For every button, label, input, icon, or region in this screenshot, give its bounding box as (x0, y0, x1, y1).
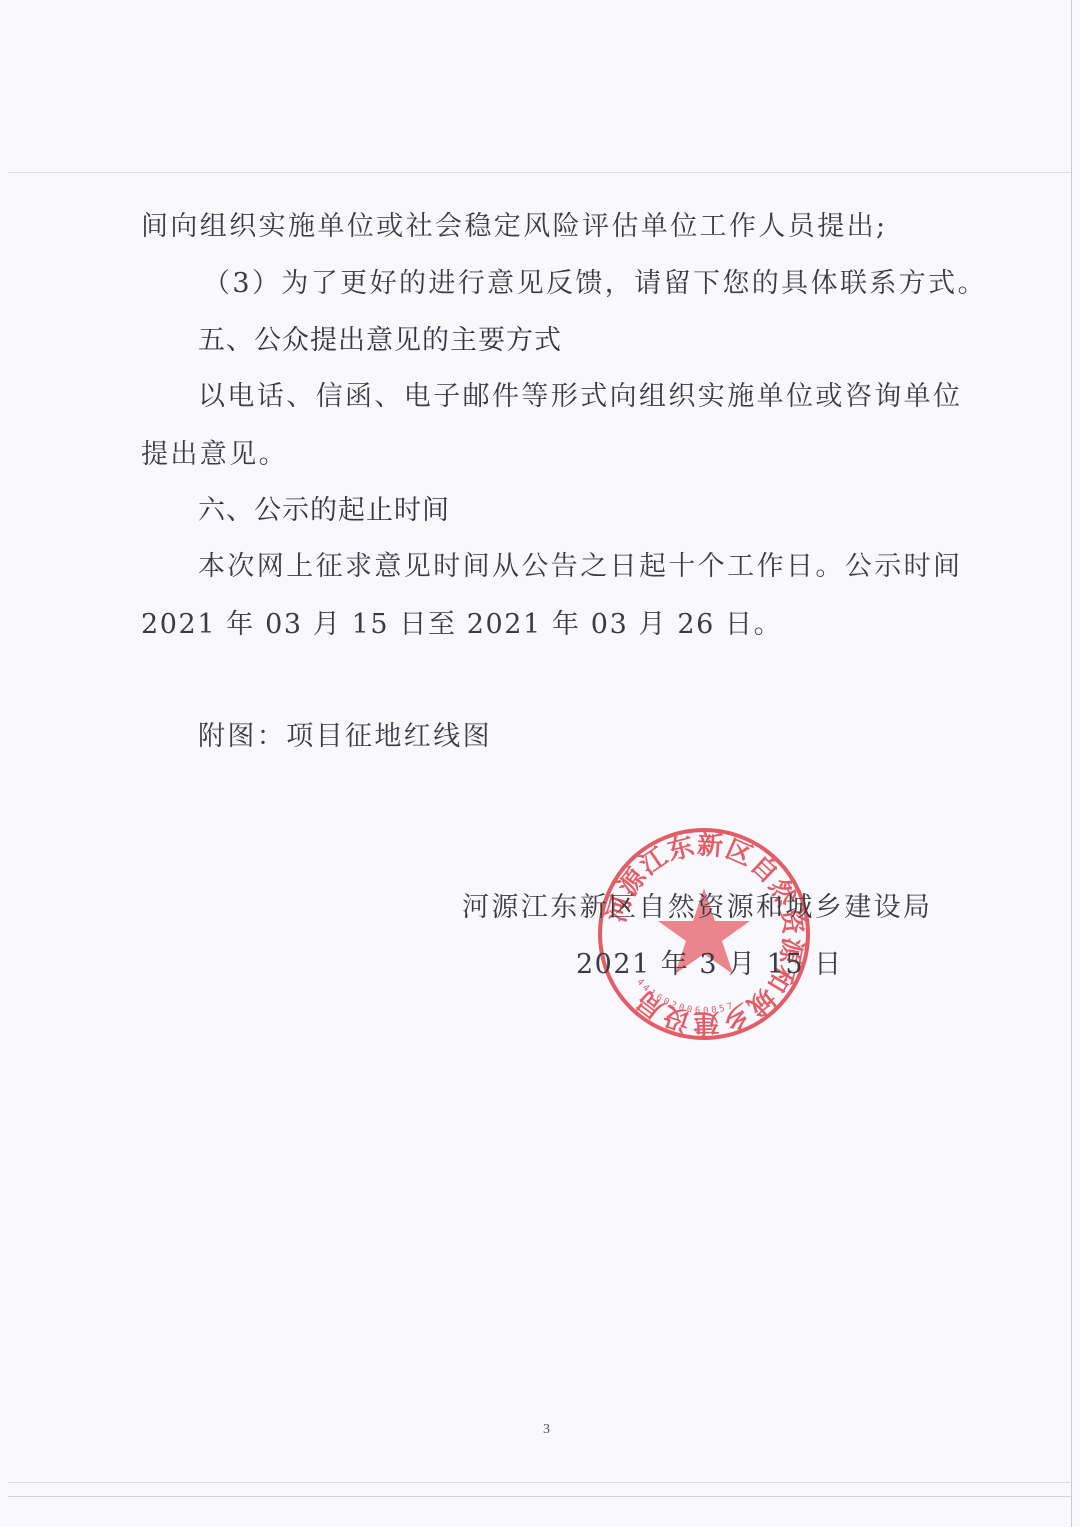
section-heading-6: 六、公示的起止时间 (198, 495, 450, 527)
signature-organization: 河源江东新区自然资源和城乡建设局 (462, 885, 932, 924)
scan-edge-line (1071, 0, 1072, 1527)
section-heading-5: 五、公众提出意见的主要方式 (198, 325, 562, 357)
document-page: 间向组织实施单位或社会稳定风险评估单位工作人员提出; （3）为了更好的进行意见反… (0, 0, 1080, 1527)
paragraph-period-dates: 2021 年 03 月 15 日至 2021 年 03 月 26 日。 (141, 609, 782, 641)
paragraph-continuation: 间向组织实施单位或社会稳定风险评估单位工作人员提出; (141, 211, 888, 243)
page-number: 3 (543, 1422, 550, 1438)
paragraph-methods: 以电话、信函、电子邮件等形式向组织实施单位或咨询单位 (198, 381, 962, 413)
scan-artifact-line (8, 1496, 1072, 1497)
scan-artifact-line (8, 172, 1072, 173)
attachment-note: 附图：项目征地红线图 (198, 721, 492, 753)
paragraph-item-3: （3）为了更好的进行意见反馈，请留下您的具体联系方式。 (203, 268, 987, 300)
paragraph-methods-cont: 提出意见。 (141, 439, 288, 471)
official-seal-icon: 河源江东新区自然资源和城乡建设局 4416020060057 (596, 826, 812, 1042)
signature-date: 2021 年 3 月 15 日 (576, 942, 843, 981)
scan-artifact-line (8, 1482, 1072, 1483)
paragraph-period: 本次网上征求意见时间从公告之日起十个工作日。公示时间 (198, 551, 962, 583)
